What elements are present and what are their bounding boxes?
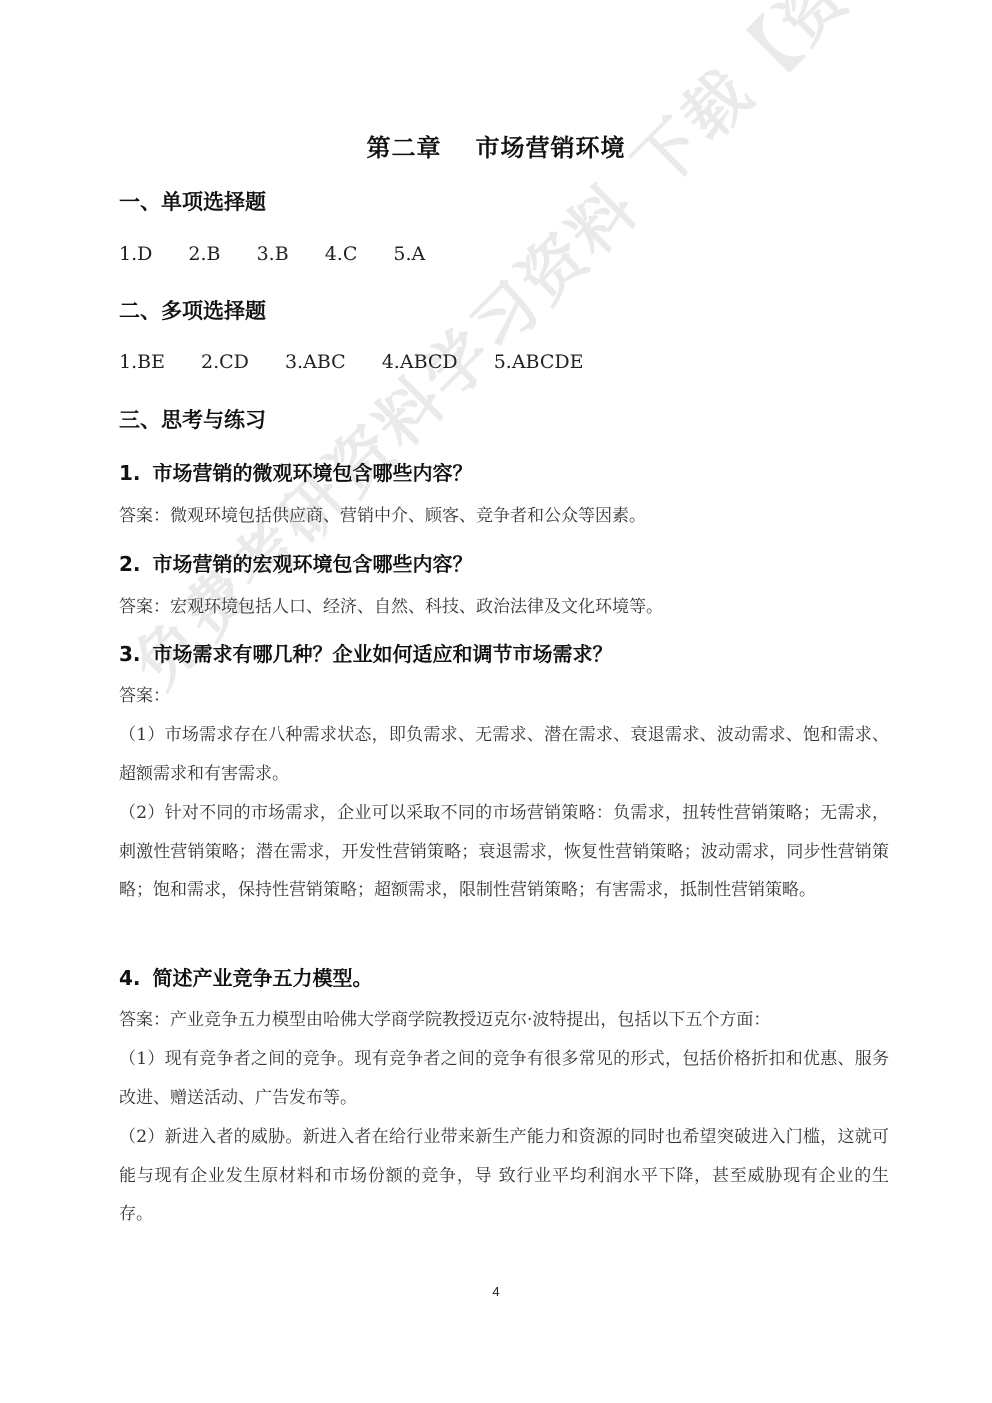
answer-3-paragraph-2: （2）针对不同的市场需求，企业可以采取不同的市场营销策略：负需求，扭转性营销策略…: [119, 794, 889, 910]
section-heading-practice: 三、思考与练习: [119, 404, 266, 434]
answer-item: 3.B: [257, 243, 289, 265]
answer-item: 2.B: [188, 243, 220, 265]
answer-1: 答案：微观环境包括供应商、营销中介、顾客、竞争者和公众等因素。: [119, 497, 889, 536]
multi-choice-answers: 1.BE 2.CD 3.ABC 4.ABCD 5.ABCDE: [119, 351, 614, 373]
answer-item: 4.C: [325, 243, 358, 265]
question-number: 4.: [119, 966, 141, 990]
section-heading-single-choice: 一、单项选择题: [119, 186, 266, 216]
question-text: 市场营销的宏观环境包含哪些内容？: [153, 552, 473, 576]
section-heading-multi-choice: 二、多项选择题: [119, 295, 266, 325]
question-number: 1.: [119, 461, 141, 485]
answer-3-label: 答案：: [119, 677, 889, 716]
answer-item: 1.BE: [119, 351, 165, 373]
question-number: 2.: [119, 552, 141, 576]
answer-4-paragraph-1: （1）现有竞争者之间的竞争。现有竞争者之间的竞争有很多常见的形式，包括价格折扣和…: [119, 1040, 889, 1117]
document-page: 免费考研资料学习资料 下载【资小料】APP 第二章市场营销环境 一、单项选择题 …: [0, 0, 992, 1403]
answer-3-paragraph-1: （1）市场需求存在八种需求状态，即负需求、无需求、潜在需求、衰退需求、波动需求、…: [119, 716, 889, 793]
answer-item: 4.ABCD: [382, 351, 458, 373]
chapter-number: 第二章: [367, 134, 442, 162]
question-number: 3.: [119, 642, 141, 666]
answer-item: 2.CD: [201, 351, 249, 373]
chapter-name: 市场营销环境: [476, 134, 626, 162]
answer-item: 5.ABCDE: [494, 351, 584, 373]
answer-item: 1.D: [119, 243, 152, 265]
answer-4-paragraph-2: （2）新进入者的威胁。新进入者在给行业带来新生产能力和资源的同时也希望突破进入门…: [119, 1118, 889, 1234]
answer-4-intro: 答案：产业竞争五力模型由哈佛大学商学院教授迈克尔·波特提出，包括以下五个方面：: [119, 1001, 889, 1040]
question-text: 简述产业竞争五力模型。: [153, 966, 373, 990]
answer-2: 答案：宏观环境包括人口、经济、自然、科技、政治法律及文化环境等。: [119, 588, 889, 627]
answer-item: 5.A: [393, 243, 425, 265]
page-number: 4: [0, 1284, 992, 1299]
question-text: 市场营销的微观环境包含哪些内容？: [153, 461, 473, 485]
question-1: 1.市场营销的微观环境包含哪些内容？: [119, 457, 473, 486]
question-3: 3.市场需求有哪几种？企业如何适应和调节市场需求？: [119, 638, 613, 667]
question-text: 市场需求有哪几种？企业如何适应和调节市场需求？: [153, 642, 613, 666]
chapter-title: 第二章市场营销环境: [0, 128, 992, 163]
single-choice-answers: 1.D 2.B 3.B 4.C 5.A: [119, 243, 455, 265]
question-4: 4.简述产业竞争五力模型。: [119, 962, 373, 991]
answer-item: 3.ABC: [285, 351, 346, 373]
question-2: 2.市场营销的宏观环境包含哪些内容？: [119, 548, 473, 577]
